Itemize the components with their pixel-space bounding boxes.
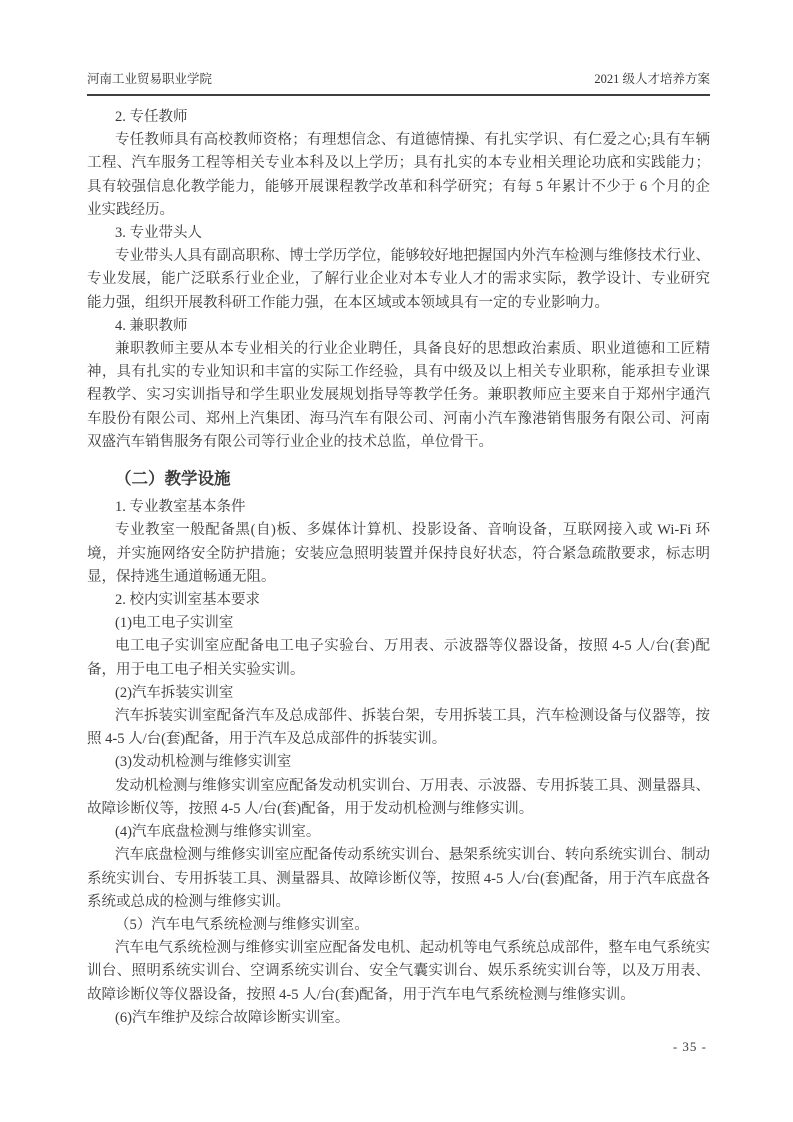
paragraph: 专任教师具有高校教师资格；有理想信念、有道德情操、有扎实学识、有仁爱之心;具有车… [87,129,710,222]
item-heading: （5）汽车电气系统检测与维修实训室。 [87,914,710,937]
document-body: 2. 专任教师专任教师具有高校教师资格；有理想信念、有道德情操、有扎实学识、有仁… [87,106,710,1030]
item-heading: 4. 兼职教师 [87,315,710,338]
page-number: - 35 - [673,1039,707,1055]
paragraph: 汽车底盘检测与维修实训室应配备传动系统实训台、悬架系统实训台、转向系统实训台、制… [87,844,710,914]
item-heading: (3)发动机检测与维修实训室 [87,751,710,774]
page-header: 河南工业贸易职业学院 2021 级人才培养方案 [87,71,710,96]
paragraph: 专业教室一般配备黑(自)板、多媒体计算机、投影设备、音响设备，互联网接入或 Wi… [87,519,710,589]
paragraph: 兼职教师主要从本专业相关的行业企业聘任，具备良好的思想政治素质、职业道德和工匠精… [87,338,710,454]
item-heading: 2. 专任教师 [87,106,710,129]
paragraph: 汽车电气系统检测与维修实训室应配备发电机、起动机等电气系统总成部件，整车电气系统… [87,937,710,1007]
paragraph: 汽车拆装实训室配备汽车及总成部件、拆装台架，专用拆装工具，汽车检测设备与仪器等，… [87,705,710,751]
item-heading: (1)电工电子实训室 [87,612,710,635]
item-heading: 3. 专业带头人 [87,222,710,245]
section-heading: （二）教学设施 [87,468,710,491]
header-school-name: 河南工业贸易职业学院 [87,71,212,88]
item-heading: (6)汽车维护及综合故障诊断实训室。 [87,1007,710,1030]
paragraph: 专业带头人具有副高职称、博士学历学位，能够较好地把握国内外汽车检测与维修技术行业… [87,245,710,315]
document-page: 河南工业贸易职业学院 2021 级人才培养方案 2. 专任教师专任教师具有高校教… [0,0,793,1122]
item-heading: (4)汽车底盘检测与维修实训室。 [87,821,710,844]
header-document-title: 2021 级人才培养方案 [594,71,710,88]
item-heading: 2. 校内实训室基本要求 [87,589,710,612]
item-heading: 1. 专业教室基本条件 [87,496,710,519]
item-heading: (2)汽车拆装实训室 [87,682,710,705]
paragraph: 发动机检测与维修实训室应配备发动机实训台、万用表、示波器、专用拆装工具、测量器具… [87,775,710,821]
paragraph: 电工电子实训室应配备电工电子实验台、万用表、示波器等仪器设备，按照 4-5 人/… [87,635,710,681]
